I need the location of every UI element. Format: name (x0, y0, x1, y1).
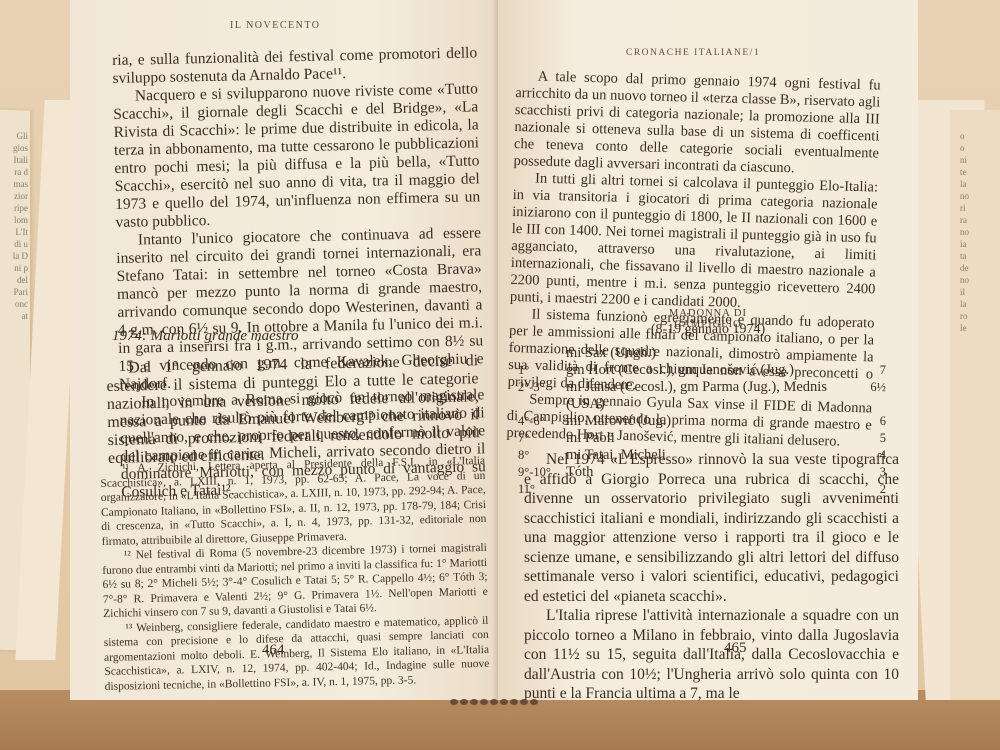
table-row: 2°-3° mi Jansa (Cecosl.), gm Parma (Jug.… (518, 379, 888, 413)
paragraph: Nel 1974 «L'Espresso» rinnovò la sua ves… (524, 450, 899, 606)
table-row: mi Sax (Ungh.) (518, 345, 888, 362)
right-page: Cronache italiane/1 A tale scopo dal pri… (498, 0, 918, 700)
table-row: 7° mi Paoli 5 (518, 430, 888, 447)
table-row: 4°-6° mi Marović (Jug.) 6 (518, 413, 888, 430)
right-strip-text: oo nite lano rira noia tade noil laro le (960, 130, 990, 334)
section-title: 1974: Mariotti grande maestro (112, 328, 299, 345)
left-page: Il Novecento ria, e sulla funzionalità d… (70, 0, 502, 700)
paragraph: In tutti gli altri tornei si calcolava i… (510, 170, 878, 316)
page-number: 465 (724, 640, 747, 657)
paragraph: Dal 1° gennaio 1974 la federazione decis… (106, 352, 480, 468)
left-running-head: Il Novecento (230, 20, 321, 31)
footnotes: ¹¹ A. Zichichi, Lettera aperta al Presid… (100, 454, 490, 694)
footnote-11: ¹¹ A. Zichichi, Lettera aperta al Presid… (100, 454, 487, 549)
left-strip-text: Gligios Italira d maszior ripelom L'Itdi… (2, 130, 28, 322)
table-subtitle: (8-19 gennaio 1974) (638, 322, 778, 338)
paragraph: Nacquero e si svilupparono nuove riviste… (113, 80, 481, 232)
footnote-13: ¹³ Weinberg, consigliere federale, candi… (103, 613, 489, 694)
paragraph: L'Italia riprese l'attività internaziona… (524, 606, 899, 704)
section-paragraph-block: Dal 1° gennaio 1974 la federazione decis… (106, 352, 480, 468)
right-running-head: Cronache italiane/1 (626, 48, 760, 58)
binding-stitching (450, 692, 570, 698)
footnote-12: ¹² Nel festival di Roma (5 novembre-23 d… (102, 541, 488, 622)
paragraph: A tale scopo dal primo gennaio 1974 ogni… (513, 68, 881, 180)
table-row: 1° gm Hort (Cecosl.), gm Janošević (Jug.… (518, 362, 888, 379)
right-lower-text: Nel 1974 «L'Espresso» rinnovò la sua ves… (524, 450, 899, 704)
page-number: 464 (262, 642, 285, 659)
